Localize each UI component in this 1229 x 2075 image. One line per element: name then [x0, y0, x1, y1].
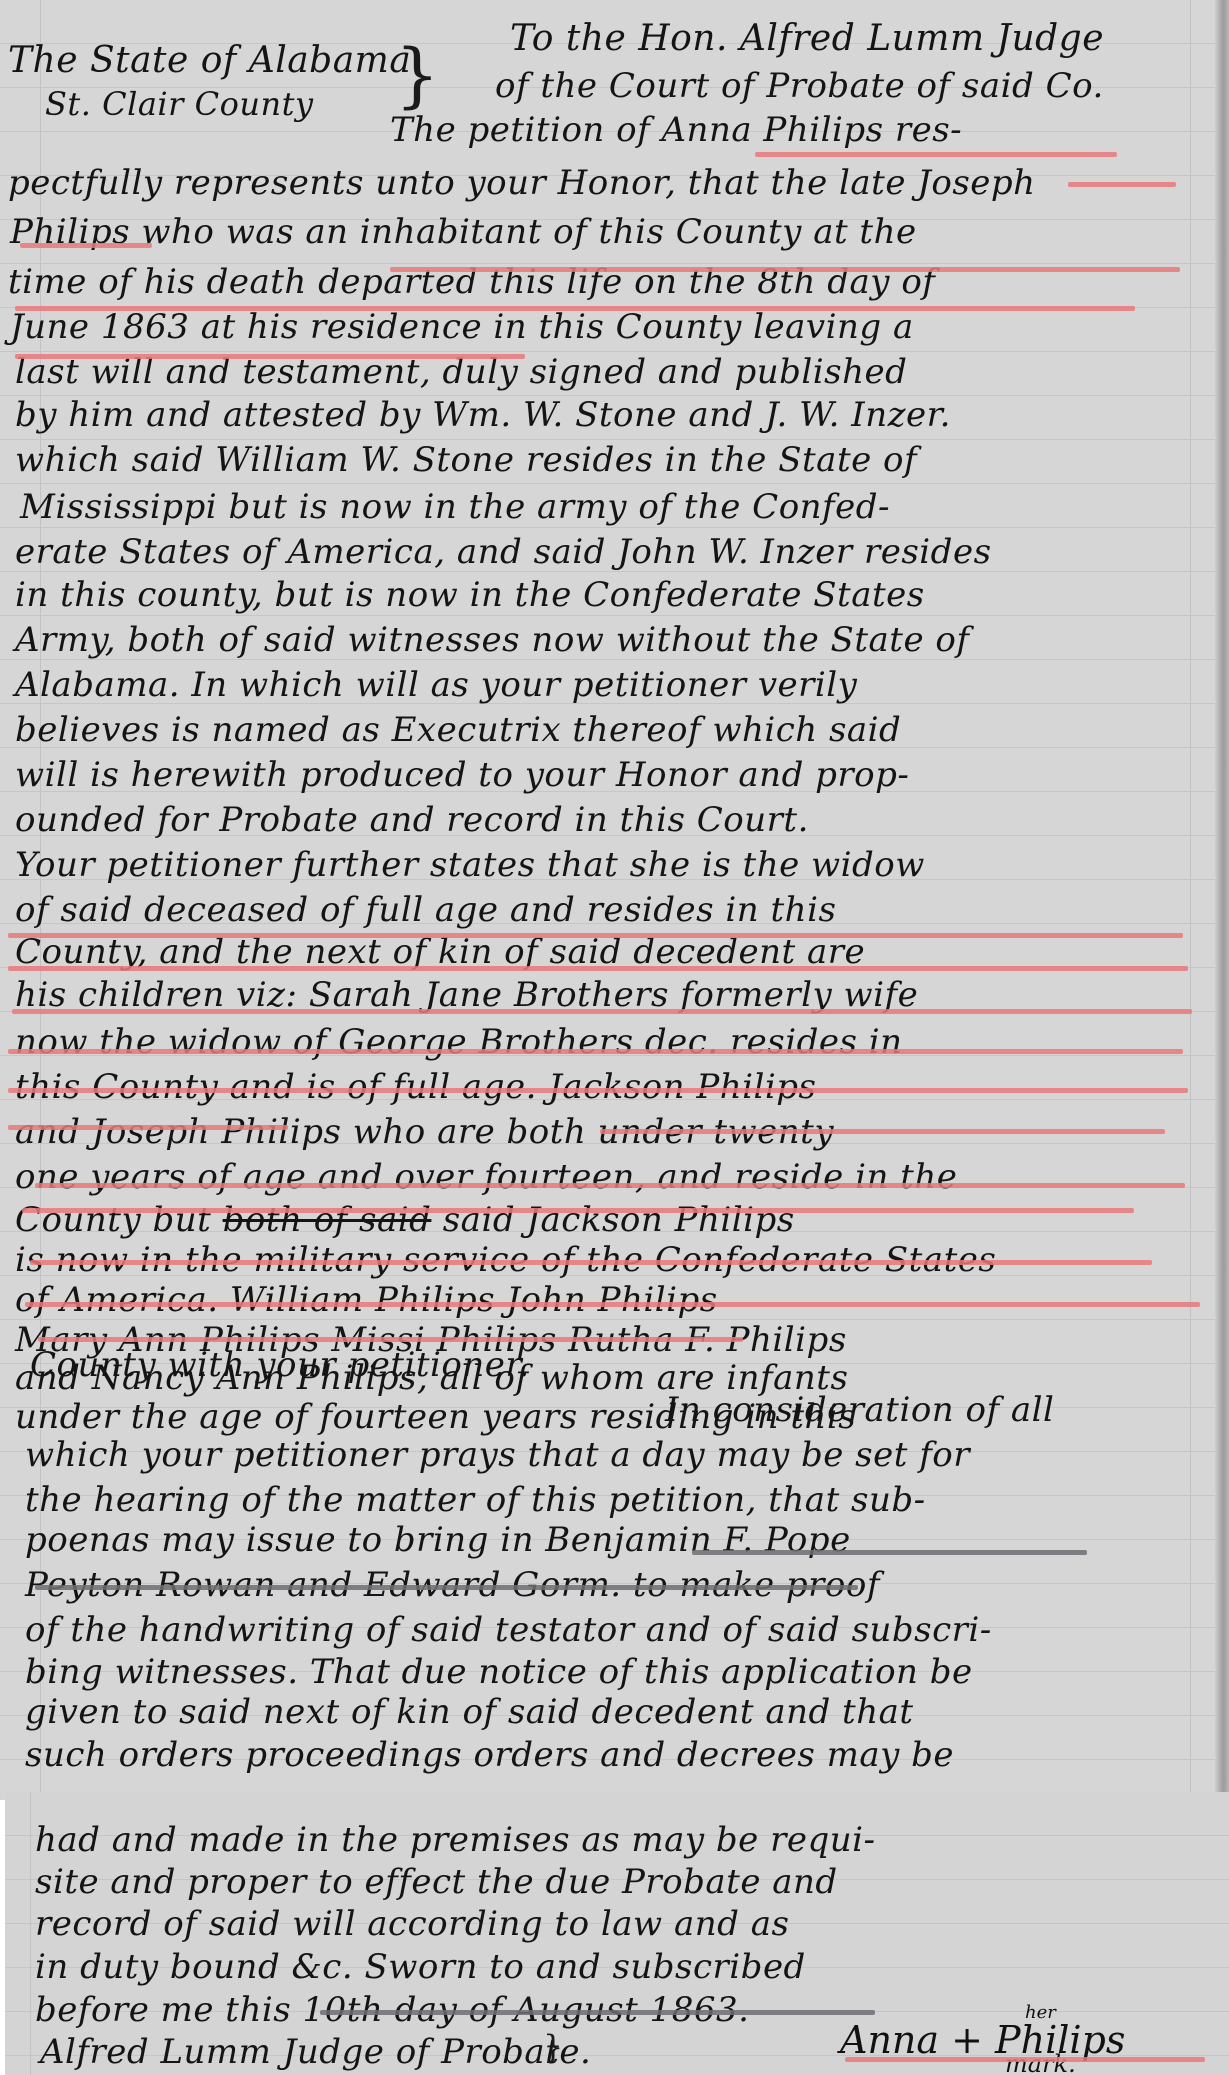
petition-line-4: June 1863 at his residence in this Count…	[10, 307, 914, 347]
header-state: The State of Alabama	[8, 40, 411, 81]
petition-line-37: bing witnesses. That due notice of this …	[25, 1652, 973, 1692]
underline-anna-philips	[755, 152, 1117, 157]
underline-children	[8, 933, 1183, 938]
petition-line-9: erate States of America, and said John W…	[15, 532, 992, 572]
underline-joseph-philips	[8, 1049, 1183, 1054]
signature-name-first: Anna	[840, 2018, 951, 2062]
header-brace: }	[395, 40, 440, 110]
petition-line-20: now the widow of George Brothers dec. re…	[15, 1022, 903, 1062]
petition-line-15: ounded for Probate and record in this Co…	[15, 800, 809, 840]
judge-brace: }	[543, 2028, 563, 2066]
petition-line-31: In consideration of all	[665, 1390, 1054, 1430]
continuation-line-2: record of said will according to law and…	[35, 1904, 789, 1944]
petition-line-21: this County and is of full age. Jackson …	[15, 1067, 816, 1107]
underline-county-but	[8, 1125, 288, 1130]
underline-widow	[8, 966, 1188, 971]
header-addressee: To the Hon. Alfred Lumm Judge	[510, 18, 1104, 59]
petition-line-23: one years of age and over fourteen, and …	[15, 1157, 957, 1197]
underline-peyton-rowan	[35, 1585, 858, 1590]
underline-county-full-age	[12, 1009, 1192, 1014]
underline-philips	[20, 243, 152, 248]
header-court: of the Court of Probate of said Co.	[495, 66, 1104, 106]
petitioner-signature: Anna + Philips	[840, 2018, 1125, 2062]
petition-line-38: given to said next of kin of said decede…	[25, 1692, 914, 1732]
petition-line-8: Mississippi but is now in the army of th…	[20, 487, 890, 527]
margin-rule	[30, 1792, 31, 2075]
underline-military	[35, 1183, 1185, 1188]
judge-signature-line: Alfred Lumm Judge of Probate.	[40, 2032, 591, 2072]
petition-line-13: believes is named as Executrix thereof w…	[15, 710, 901, 750]
underline-june-1863	[15, 306, 1135, 311]
petition-line-7: which said William W. Stone resides in t…	[15, 440, 917, 480]
petition-line-12: Alabama. In which will as your petitione…	[15, 665, 857, 705]
underline-departed	[390, 267, 1180, 272]
underline-date	[320, 2010, 875, 2015]
signature-mark-label: mark.	[1005, 2050, 1076, 2075]
signature-x-mark: +	[951, 2018, 983, 2062]
petition-line-24: County but both of said said Jackson Phi…	[15, 1200, 795, 1240]
underline-joseph	[1068, 182, 1176, 187]
underline-william-john	[22, 1208, 1134, 1213]
underline-jackson	[600, 1129, 1165, 1134]
petition-line-33: the hearing of the matter of this petiti…	[25, 1480, 926, 1520]
petition-line-36: of the handwriting of said testator and …	[25, 1610, 992, 1650]
petition-line-32: which your petitioner prays that a day m…	[25, 1435, 970, 1475]
petition-line-10: in this county, but is now in the Confed…	[15, 575, 925, 615]
underline-under-fourteen	[38, 1337, 743, 1342]
underline-nancy-ann	[25, 1302, 1200, 1307]
petition-line-16: Your petitioner further states that she …	[15, 845, 925, 885]
document-page-2: had and made in the premises as may be r…	[5, 1792, 1229, 2075]
petition-line-30: County with your petitioner.	[30, 1345, 530, 1385]
signature-her-label: her	[1025, 2002, 1056, 2023]
underline-signature	[845, 2057, 1205, 2062]
underline-benjamin-pope	[692, 1550, 1087, 1555]
continuation-line-3: in duty bound &c. Sworn to and subscribe…	[35, 1947, 806, 1987]
petition-line-39: such orders proceedings orders and decre…	[25, 1735, 954, 1775]
continuation-line-1: site and proper to effect the due Probat…	[35, 1862, 838, 1902]
petition-line-0: The petition of Anna Philips res-	[390, 110, 962, 150]
underline-mary-ann	[30, 1260, 1152, 1265]
underline-last-will	[15, 354, 525, 359]
continuation-line-0: had and made in the premises as may be r…	[35, 1820, 875, 1860]
document-page-1: The State of Alabama St. Clair County } …	[0, 0, 1229, 1800]
petition-line-11: Army, both of said witnesses now without…	[15, 620, 969, 660]
said-jackson-text: said Jackson Philips	[431, 1200, 794, 1240]
page-edge-shadow	[1215, 0, 1229, 1800]
struck-text: both of said	[223, 1200, 432, 1240]
header-county: St. Clair County	[45, 85, 314, 123]
petition-line-6: by him and attested by Wm. W. Stone and …	[15, 395, 951, 435]
county-but-text: County but	[15, 1200, 223, 1240]
petition-line-26: of America. William Philips John Philips	[15, 1280, 718, 1320]
petition-line-17: of said deceased of full age and resides…	[15, 890, 836, 930]
margin-rule-right	[1190, 0, 1191, 1800]
petition-line-1: pectfully represents unto your Honor, th…	[8, 163, 1036, 203]
petition-line-14: will is herewith produced to your Honor …	[15, 755, 909, 795]
underline-fourteen	[8, 1088, 1188, 1093]
